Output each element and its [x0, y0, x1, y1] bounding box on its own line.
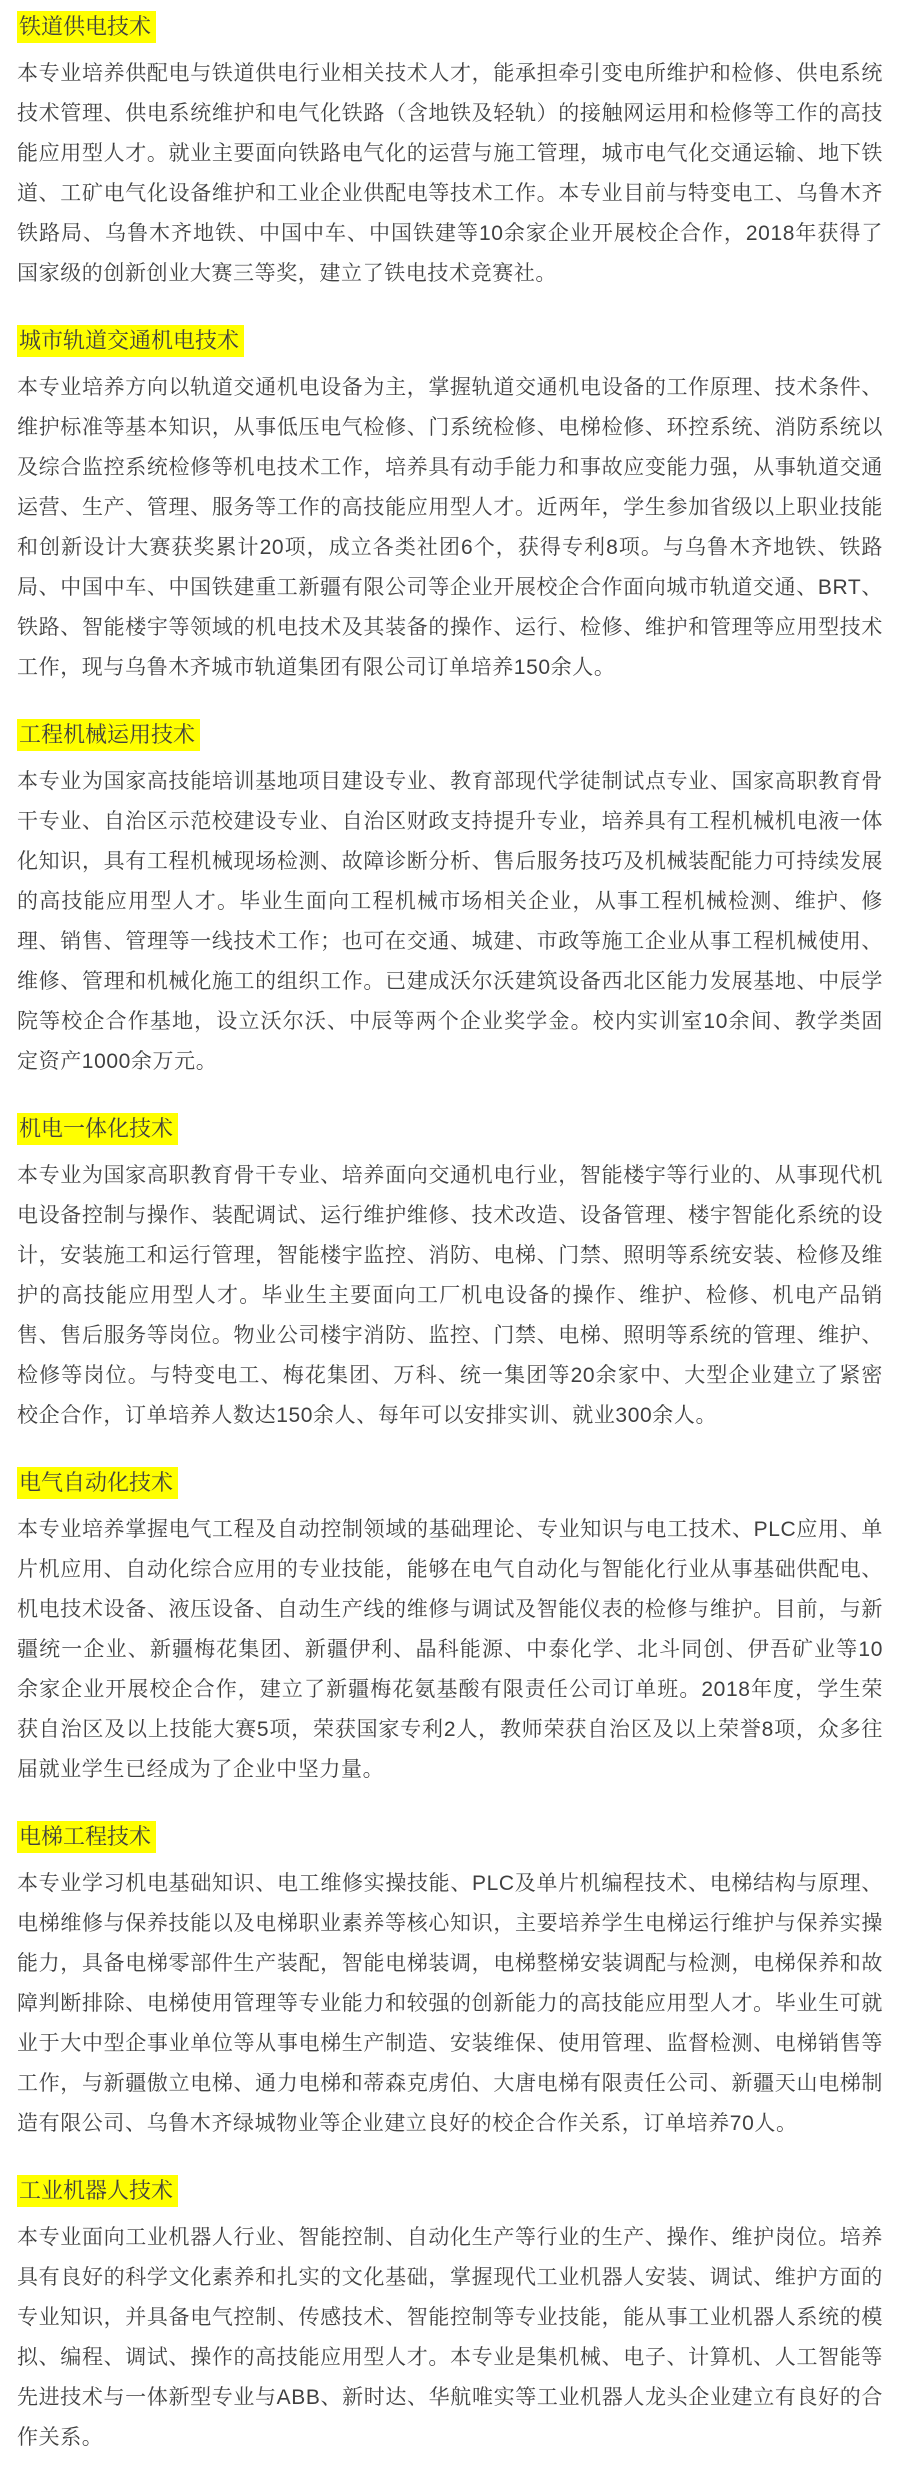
section-title: 铁道供电技术: [17, 10, 883, 44]
section-railway-power-supply: 铁道供电技术 本专业培养供配电与铁道供电行业相关技术人才，能承担牵引变电所维护和…: [17, 10, 883, 294]
title-highlight: 工程机械运用技术: [17, 719, 200, 751]
section-title: 电气自动化技术: [17, 1466, 883, 1500]
section-urban-rail-mechatronics: 城市轨道交通机电技术 本专业培养方向以轨道交通机电设备为主，掌握轨道交通机电设备…: [17, 324, 883, 688]
title-highlight: 铁道供电技术: [17, 11, 156, 43]
section-body-text: 本专业培养掌握电气工程及自动控制领域的基础理论、专业知识与电工技术、PLC应用、…: [17, 1510, 883, 1790]
section-title: 城市轨道交通机电技术: [17, 324, 883, 358]
section-body-text: 本专业为国家高技能培训基地项目建设专业、教育部现代学徒制试点专业、国家高职教育骨…: [17, 762, 883, 1082]
section-construction-machinery: 工程机械运用技术 本专业为国家高技能培训基地项目建设专业、教育部现代学徒制试点专…: [17, 718, 883, 1082]
title-highlight: 电梯工程技术: [17, 1821, 156, 1853]
section-elevator-engineering: 电梯工程技术 本专业学习机电基础知识、电工维修实操技能、PLC及单片机编程技术、…: [17, 1820, 883, 2144]
section-body-text: 本专业为国家高职教育骨干专业、培养面向交通机电行业，智能楼宇等行业的、从事现代机…: [17, 1156, 883, 1436]
section-body-text: 本专业学习机电基础知识、电工维修实操技能、PLC及单片机编程技术、电梯结构与原理…: [17, 1864, 883, 2144]
section-body-text: 本专业培养供配电与铁道供电行业相关技术人才，能承担牵引变电所维护和检修、供电系统…: [17, 54, 883, 294]
title-highlight: 城市轨道交通机电技术: [17, 325, 244, 357]
section-body-text: 本专业面向工业机器人行业、智能控制、自动化生产等行业的生产、操作、维护岗位。培养…: [17, 2218, 883, 2458]
title-highlight: 机电一体化技术: [17, 1113, 178, 1145]
section-mechatronics-integration: 机电一体化技术 本专业为国家高职教育骨干专业、培养面向交通机电行业，智能楼宇等行…: [17, 1112, 883, 1436]
document-page: 铁道供电技术 本专业培养供配电与铁道供电行业相关技术人才，能承担牵引变电所维护和…: [0, 0, 900, 2482]
section-body-text: 本专业培养方向以轨道交通机电设备为主，掌握轨道交通机电设备的工作原理、技术条件、…: [17, 368, 883, 688]
section-title: 工程机械运用技术: [17, 718, 883, 752]
section-industrial-robot: 工业机器人技术 本专业面向工业机器人行业、智能控制、自动化生产等行业的生产、操作…: [17, 2174, 883, 2458]
section-title: 电梯工程技术: [17, 1820, 883, 1854]
title-highlight: 工业机器人技术: [17, 2175, 178, 2207]
title-highlight: 电气自动化技术: [17, 1467, 178, 1499]
section-title: 工业机器人技术: [17, 2174, 883, 2208]
section-title: 机电一体化技术: [17, 1112, 883, 1146]
section-electrical-automation: 电气自动化技术 本专业培养掌握电气工程及自动控制领域的基础理论、专业知识与电工技…: [17, 1466, 883, 1790]
